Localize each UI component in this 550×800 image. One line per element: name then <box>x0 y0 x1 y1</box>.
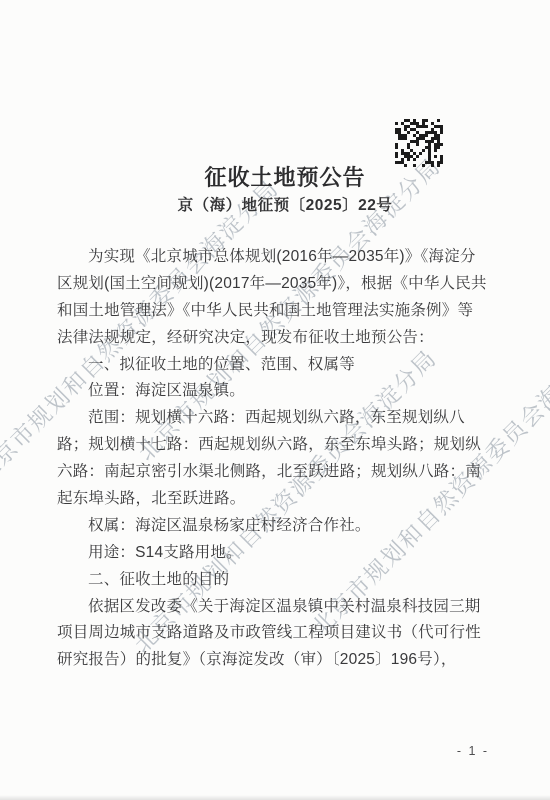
body-line: 一、拟征收土地的位置、范围、权属等 <box>57 352 494 379</box>
document-title: 征收土地预公告 <box>10 161 550 192</box>
body-line: 起东埠头路，北至跃进路。 <box>57 486 494 513</box>
body-line: 六路：南起京密引水渠北侧路，北至跃进路；规划纵八路：南 <box>57 459 494 486</box>
body-line: 位置：海淀区温泉镇。 <box>57 378 494 405</box>
body-line: 范围：规划横十六路：西起规划纵六路，东至规划纵八 <box>57 405 494 432</box>
body-line: 权属：海淀区温泉杨家庄村经济合作社。 <box>57 513 494 540</box>
body-line: 项目周边城市支路道路及市政管线工程项目建议书（代可行性 <box>57 620 494 647</box>
qr-code <box>395 119 443 167</box>
body-line: 研究报告）的批复》（京海淀发改（审）〔2025〕196号）， <box>57 647 494 674</box>
body-line: 为实现《北京城市总体规划(2016年—2035年)》《海淀分 <box>57 244 494 271</box>
body-line: 区规划(国土空间规划)(2017年—2035年)》，根据《中华人民共 <box>57 271 494 298</box>
body-line: 法律法规规定，经研究决定，现发布征收土地预公告： <box>57 325 494 352</box>
scan-edge-shadow <box>0 795 550 800</box>
body-line: 二、征收土地的目的 <box>57 567 494 594</box>
body-line: 依据区发改委《关于海淀区温泉镇中关村温泉科技园三期 <box>57 594 494 621</box>
document-number: 京（海）地征预〔2025〕22号 <box>10 193 550 215</box>
body-line: 用途：S14支路用地。 <box>57 540 494 567</box>
document-body: 为实现《北京城市总体规划(2016年—2035年)》《海淀分区规划(国土空间规划… <box>57 244 494 674</box>
body-line: 和国土地管理法》《中华人民共和国土地管理法实施条例》等 <box>57 298 494 325</box>
body-line: 路；规划横十七路：西起规划纵六路，东至东埠头路；规划纵 <box>57 432 494 459</box>
page-number: - 1 - <box>433 744 513 758</box>
document-page: 征收土地预公告 京（海）地征预〔2025〕22号 为实现《北京城市总体规划(20… <box>0 0 550 800</box>
